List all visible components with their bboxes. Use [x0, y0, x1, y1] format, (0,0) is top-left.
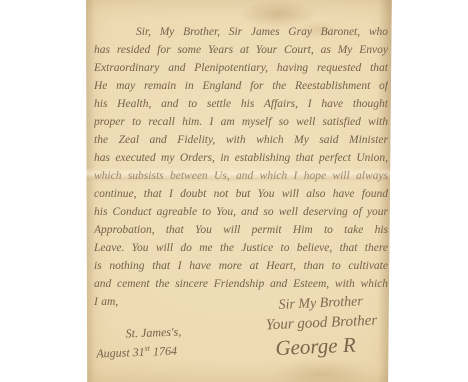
letter-body: Sir, My Brother, Sir James Gray Baronet,…	[94, 23, 388, 311]
letter-date: August 31st 1764	[96, 340, 182, 362]
letter-line: Extraordinary and Plenipotentiary, havin…	[94, 59, 388, 77]
letter-date-year: 1764	[153, 344, 177, 359]
letter-dateline: St. James's, August 31st 1764	[95, 325, 182, 362]
letter-date-ordinal: st	[144, 344, 150, 353]
letter-line: which subsists between Us, and which I h…	[94, 167, 388, 185]
letter-line: Approbation, that You will permit Him to…	[94, 221, 388, 239]
letter-line: has executed my Orders, in establishing …	[94, 149, 388, 167]
letter-line: He may remain in England for the Reestab…	[94, 77, 388, 95]
letter-line: the Zeal and Fidelity, with which My sai…	[94, 131, 388, 149]
royal-signature: George R	[266, 332, 364, 361]
letter-line: his Conduct agreable to You, and so well…	[94, 203, 388, 221]
letter-line: continue, that I doubt not but You will …	[94, 185, 388, 203]
letter-closing: Sir My Brother Your good Brother George …	[264, 294, 378, 362]
closing-salutation: Sir My Brother	[264, 294, 376, 315]
letter-date-day: August 31	[96, 345, 145, 361]
letter-line: is nothing that I have more at Heart, th…	[94, 257, 388, 275]
letter-line: his Health, and to settle his Affairs, I…	[94, 95, 388, 113]
letter-paper: Sir, My Brother, Sir James Gray Baronet,…	[86, 0, 393, 382]
letter-line: Leave. You will do me the Justice to bel…	[94, 239, 388, 257]
letter-line: has resided for some Years at Your Court…	[94, 41, 388, 59]
letter-line: Sir, My Brother, Sir James Gray Baronet,…	[94, 23, 388, 41]
closing-valediction: Your good Brother	[265, 313, 377, 335]
letter-line: proper to recall him. I am myself so wel…	[94, 113, 388, 131]
letter-line: and cement the sincere Friendship and Es…	[94, 275, 388, 293]
scanned-letter-image: Sir, My Brother, Sir James Gray Baronet,…	[0, 0, 468, 382]
